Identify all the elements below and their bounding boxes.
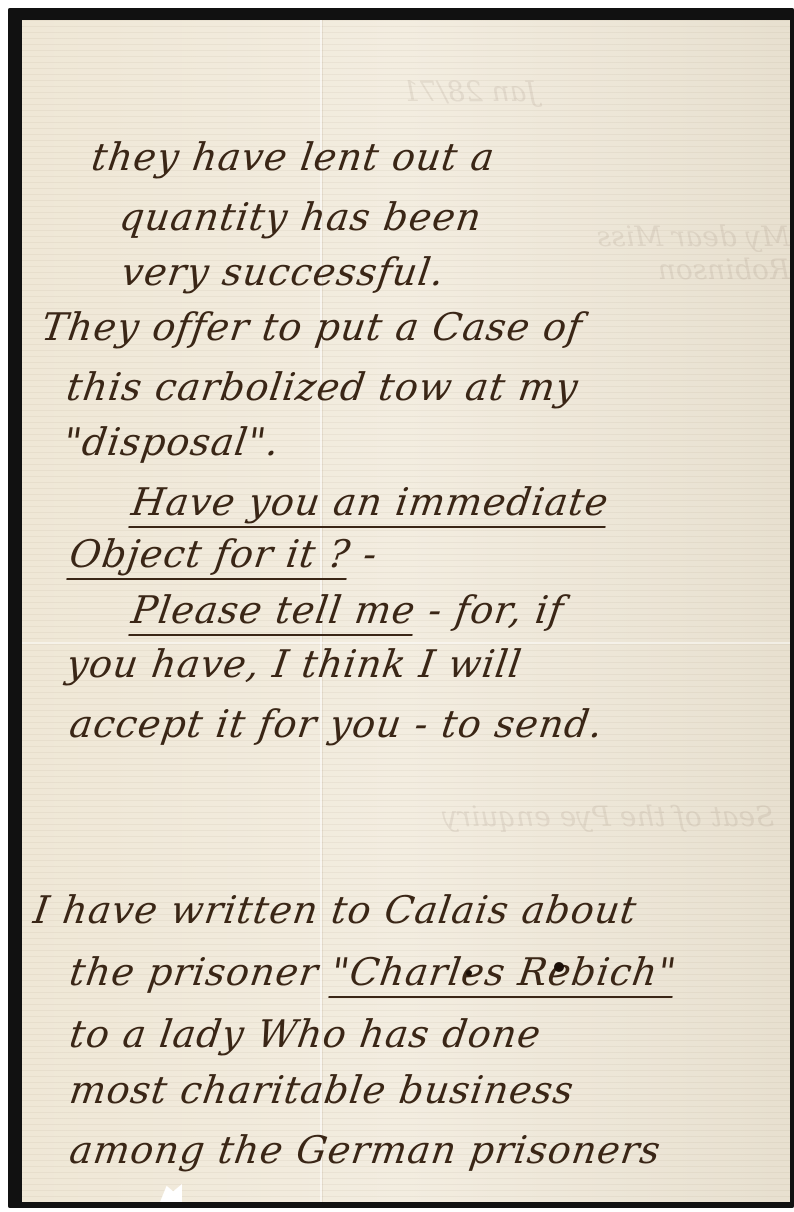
letter-line-3: very successful. [119,250,448,294]
underlined-please-tell-me: Please tell me [128,588,418,636]
prisoner-name: "Charles Rebich" [328,950,680,998]
letter-page: Jan 28/71 My dear Miss Robinson Seat of … [22,20,790,1202]
bleed-through-salutation: My dear Miss Robinson [492,220,790,286]
letter-line-8: Object for it ? - [67,532,381,576]
bleed-through-text: Seat of the Pye enquiry [442,800,774,833]
ink-dot [466,970,472,976]
letter-line-9: Please tell me - for, if [129,588,567,632]
letter-line-16: among the German prisoners [67,1128,664,1172]
bleed-through-date: Jan 28/71 [402,75,538,108]
letter-line-5: this carbolized tow at my [64,365,581,409]
letter-line-2: quantity has been [117,195,485,239]
letter-line-10: you have, I think I will [64,642,525,686]
underlined-question: Have you an immediate [128,480,611,528]
letter-line-14: to a lady Who has done [67,1012,544,1056]
underlined-object: Object for it ? [66,532,353,580]
ink-blot [554,962,564,972]
letter-line-7: Have you an immediate [129,480,612,524]
letter-line-12: I have written to Calais about [31,888,640,932]
letter-line-13: the prisoner "Charles Rebich" [67,950,680,994]
letter-line-6: "disposal". [61,420,283,464]
paper-tear [160,1184,182,1202]
letter-line-1: they have lent out a [89,135,498,179]
letter-line-11: accept it for you - to send. [67,702,606,746]
letter-line-15: most charitable business [67,1068,577,1112]
letter-line-4: They offer to put a Case of [39,305,586,349]
